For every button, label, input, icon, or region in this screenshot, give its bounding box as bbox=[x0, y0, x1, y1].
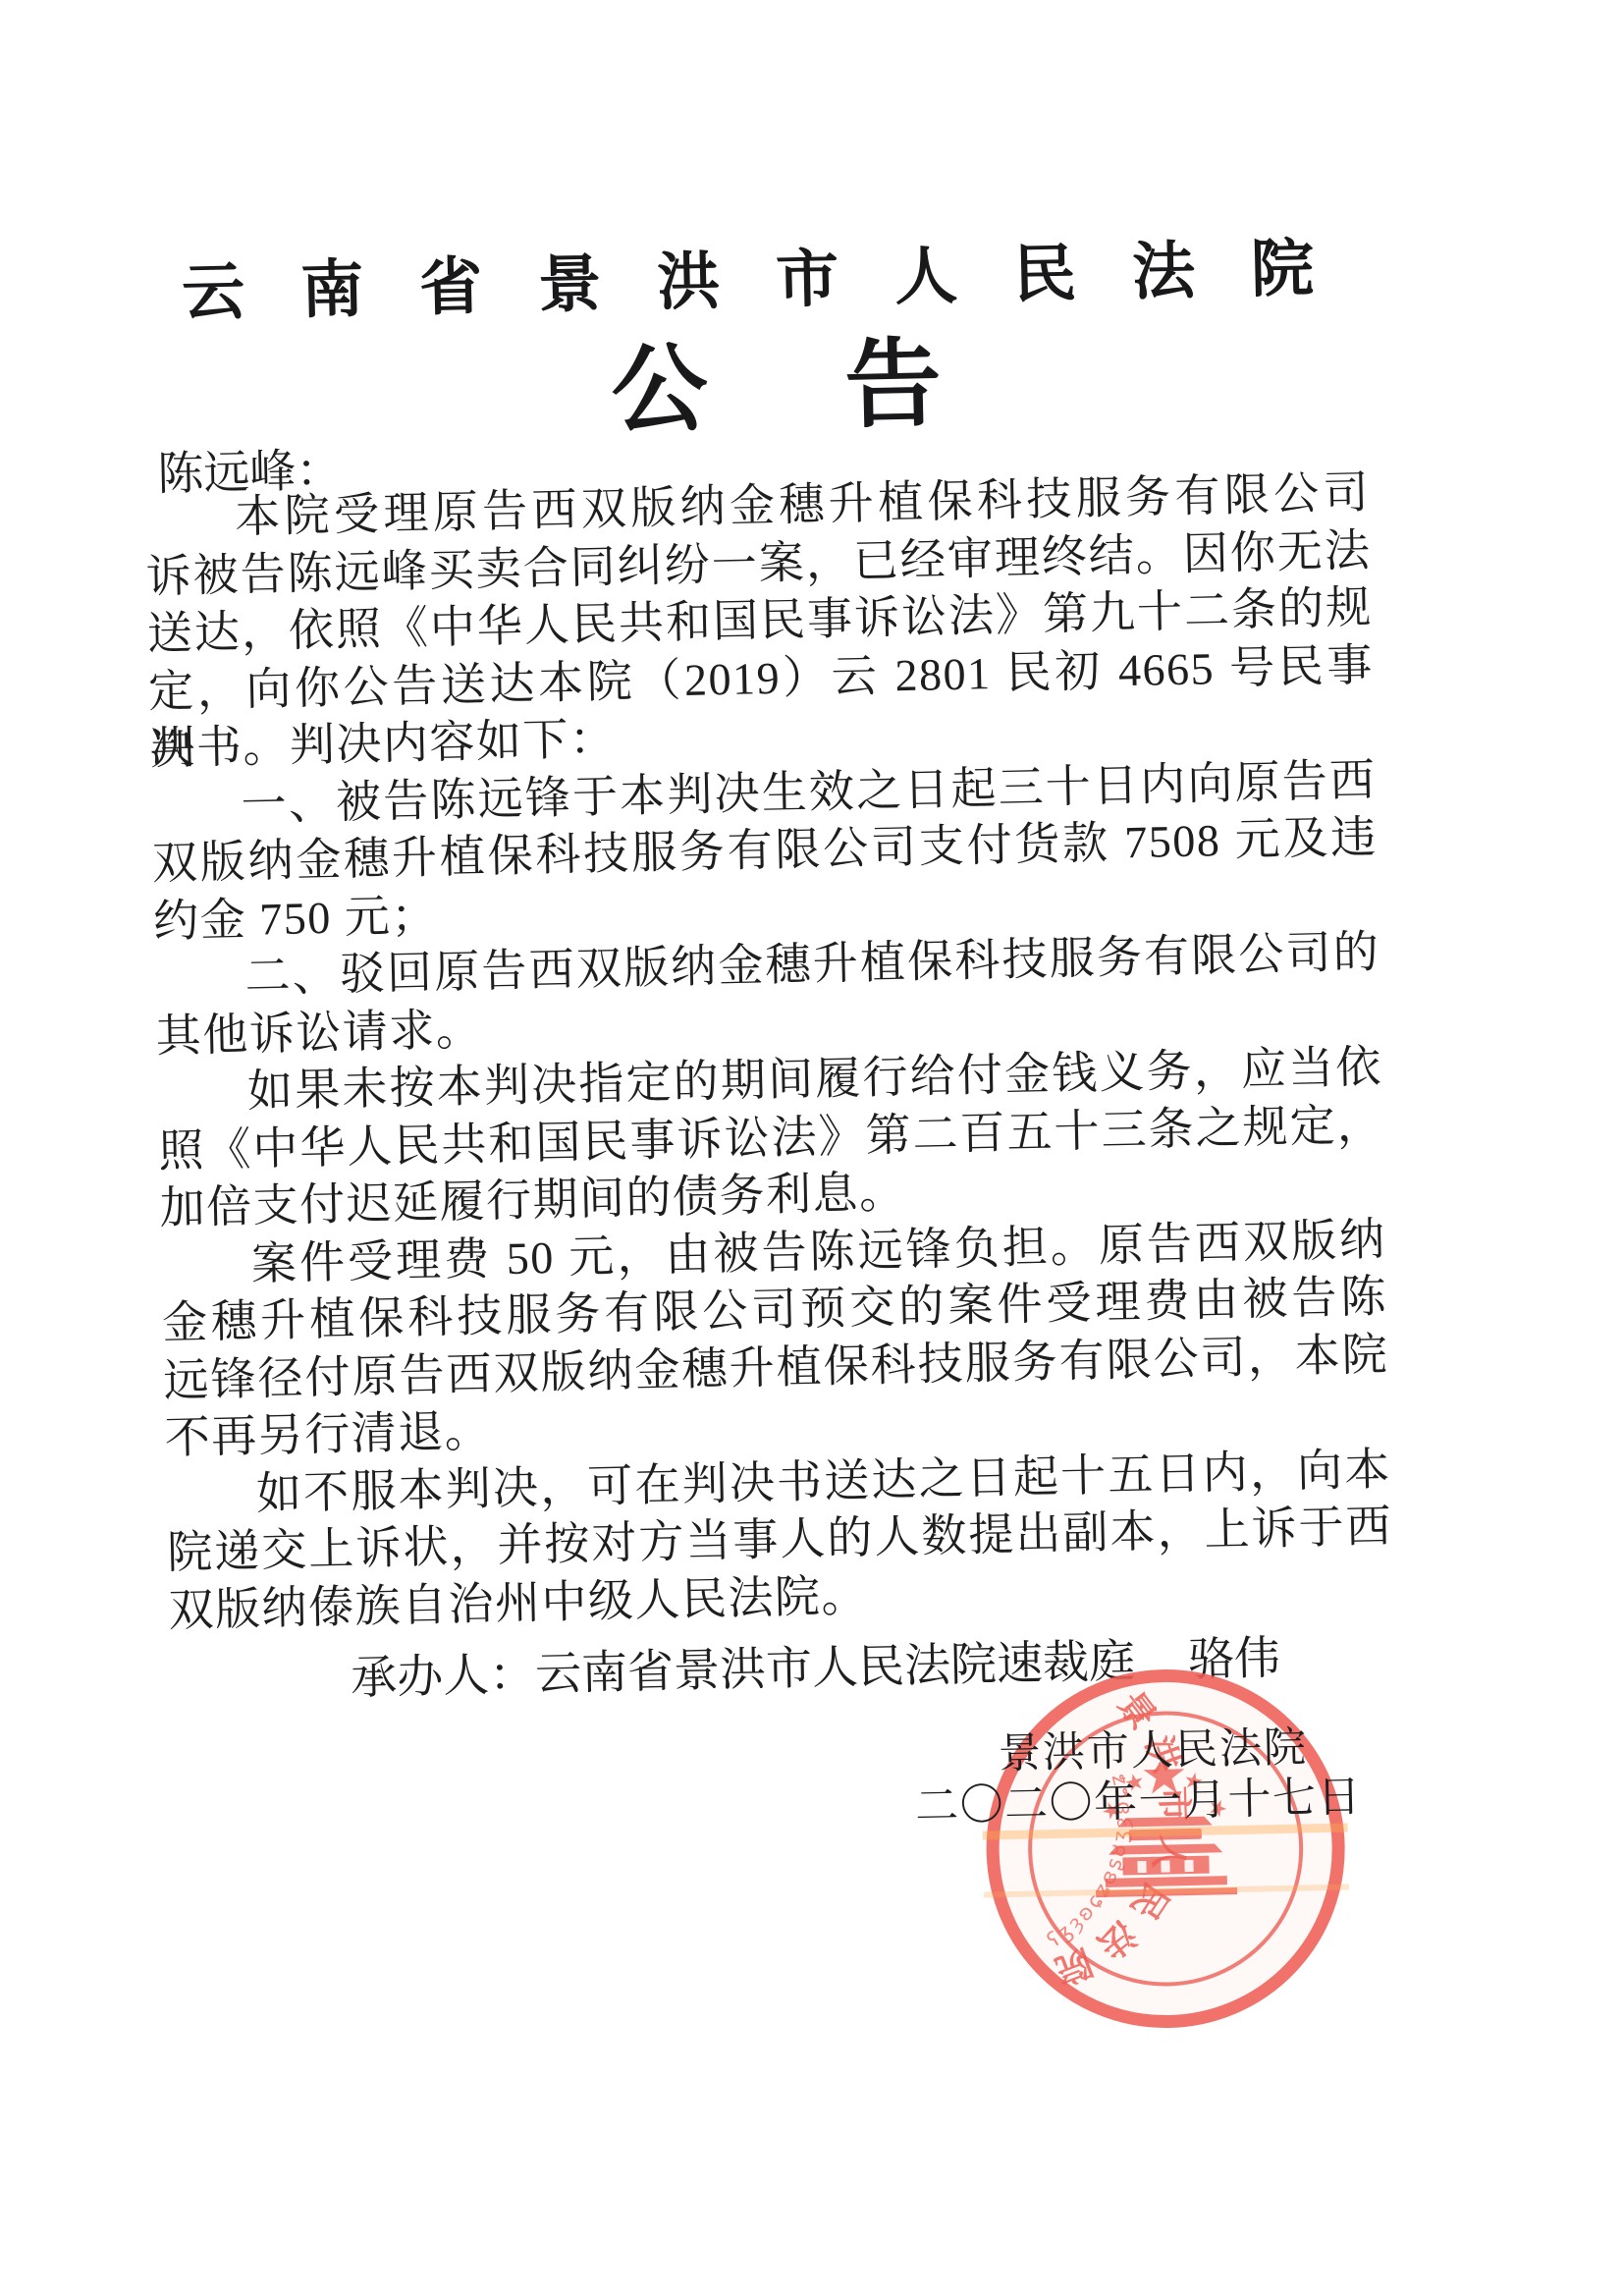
notice-heading: 公告 bbox=[610, 303, 1080, 452]
handler-label: 承办人： bbox=[351, 1650, 536, 1705]
scanned-court-notice-page: 云南省景洪市人民法院 公告 陈远峰： 本院受理原告西双版纳金穗升植保科技服务有限… bbox=[0, 0, 1623, 2296]
notice-body: 本院受理原告西双版纳金穗升植保科技服务有限公司 诉被告陈远峰买卖合同纠纷一案，已… bbox=[144, 465, 1394, 1640]
scan-tilt-wrapper: 云南省景洪市人民法院 公告 陈远峰： 本院受理原告西双版纳金穗升植保科技服务有限… bbox=[0, 0, 1623, 2296]
signature-date: 二〇二〇年一月十七日 bbox=[914, 1761, 1362, 1833]
